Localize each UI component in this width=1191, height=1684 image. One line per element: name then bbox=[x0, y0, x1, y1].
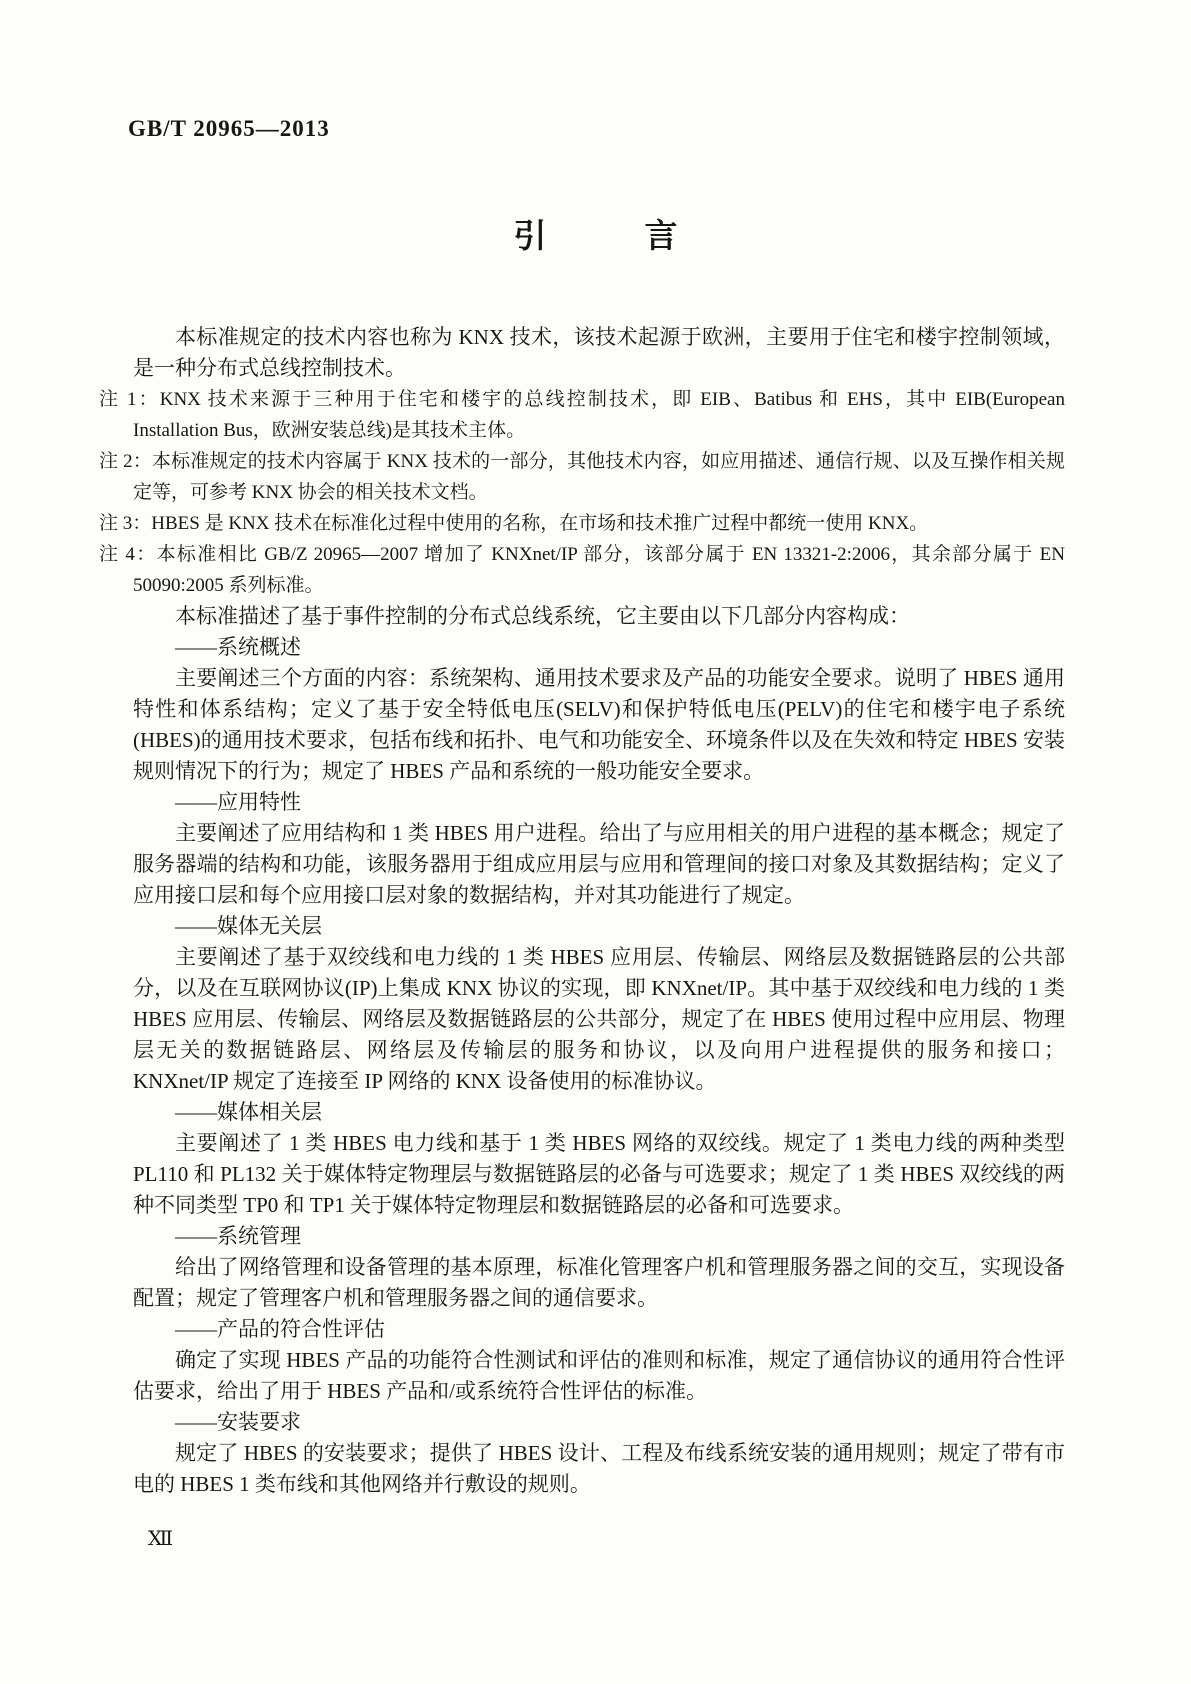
dash-list-item: ——产品的符合性评估 bbox=[133, 1314, 1065, 1345]
note-label: 注 4： bbox=[99, 544, 157, 565]
paragraph: 主要阐述了基于双绞线和电力线的 1 类 HBES 应用层、传输层、网络层及数据链… bbox=[133, 942, 1065, 1097]
paragraph: 本标准规定的技术内容也称为 KNX 技术，该技术起源于欧洲，主要用于住宅和楼宇控… bbox=[133, 322, 1065, 384]
dash-list-item: ——系统管理 bbox=[133, 1221, 1065, 1252]
dash-list-item: ——媒体无关层 bbox=[133, 911, 1065, 942]
note-paragraph: 注 1：KNX 技术来源于三种用于住宅和楼宇的总线控制技术，即 EIB、Bati… bbox=[133, 384, 1065, 446]
page-number: Ⅻ bbox=[148, 1527, 173, 1551]
dash-list-item: ——应用特性 bbox=[133, 787, 1065, 818]
paragraph: 规定了 HBES 的安装要求；提供了 HBES 设计、工程及布线系统安装的通用规… bbox=[133, 1438, 1065, 1500]
paragraph: 本标准描述了基于事件控制的分布式总线系统，它主要由以下几部分内容构成： bbox=[133, 601, 1065, 632]
paragraph: 主要阐述了 1 类 HBES 电力线和基于 1 类 HBES 网络的双绞线。规定… bbox=[133, 1128, 1065, 1221]
page-title-char-1: 引 bbox=[514, 219, 547, 252]
page-title-char-2: 言 bbox=[645, 219, 678, 252]
dash-list-item: ——媒体相关层 bbox=[133, 1097, 1065, 1128]
note-paragraph: 注 2：本标准规定的技术内容属于 KNX 技术的一部分，其他技术内容，如应用描述… bbox=[133, 446, 1065, 508]
document-page: GB/T 20965—2013 引 言 本标准规定的技术内容也称为 KNX 技术… bbox=[0, 0, 1191, 1684]
paragraph: 主要阐述三个方面的内容：系统架构、通用技术要求及产品的功能安全要求。说明了 HB… bbox=[133, 663, 1065, 787]
paragraph: 主要阐述了应用结构和 1 类 HBES 用户进程。给出了与应用相关的用户进程的基… bbox=[133, 818, 1065, 911]
note-label: 注 3： bbox=[99, 513, 151, 534]
note-paragraph: 注 4：本标准相比 GB/Z 20965—2007 增加了 KNXnet/IP … bbox=[133, 539, 1065, 601]
dash-list-item: ——安装要求 bbox=[133, 1407, 1065, 1438]
note-paragraph: 注 3：HBES 是 KNX 技术在标准化过程中使用的名称，在市场和技术推广过程… bbox=[133, 508, 1065, 539]
paragraph: 确定了实现 HBES 产品的功能符合性测试和评估的准则和标准，规定了通信协议的通… bbox=[133, 1345, 1065, 1407]
standard-number: GB/T 20965—2013 bbox=[128, 116, 330, 142]
dash-list-item: ——系统概述 bbox=[133, 632, 1065, 663]
document-body: 本标准规定的技术内容也称为 KNX 技术，该技术起源于欧洲，主要用于住宅和楼宇控… bbox=[133, 322, 1065, 1500]
note-label: 注 1： bbox=[99, 389, 160, 410]
page-title: 引 言 bbox=[0, 219, 1191, 252]
paragraph: 给出了网络管理和设备管理的基本原理，标准化管理客户机和管理服务器之间的交互，实现… bbox=[133, 1252, 1065, 1314]
note-label: 注 2： bbox=[99, 451, 152, 472]
